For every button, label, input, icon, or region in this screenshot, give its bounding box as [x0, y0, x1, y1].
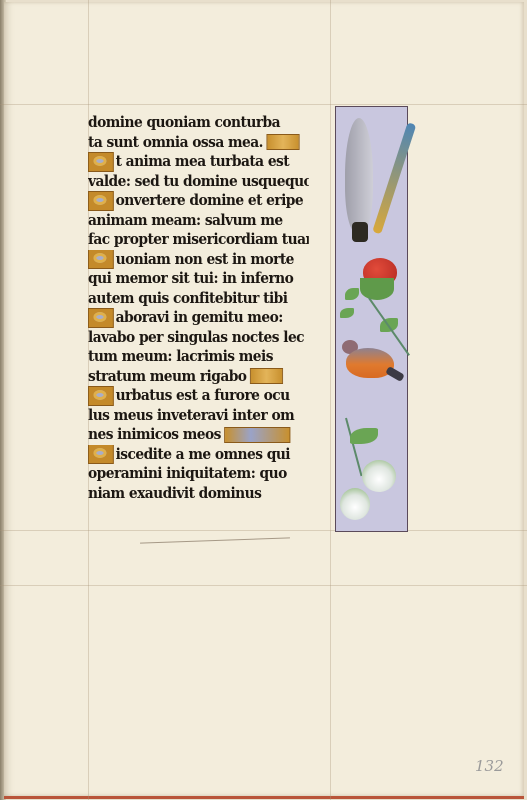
text-line: urbatus est a furore ocu: [88, 386, 309, 406]
dragonfly-thorax-icon: [352, 222, 368, 242]
ruling-line-right: [330, 0, 331, 800]
text-line-content: iscedite a me omnes qui: [116, 445, 290, 465]
text-line-content: nes inimicos meos: [88, 425, 221, 445]
text-line: iscedite a me omnes qui: [88, 445, 309, 465]
text-line-content: operamini iniquitatem: quo: [88, 464, 287, 484]
text-line: aboravi in gemitu meo:: [88, 308, 309, 328]
text-line: qui memor sit tui: in inferno: [88, 269, 309, 289]
text-line-content: lavabo per singulas noctes lec: [88, 328, 304, 348]
text-line-content: domine quoniam conturba: [88, 113, 280, 133]
text-line-content: urbatus est a furore ocu: [116, 386, 290, 406]
line-filler-ornament: [267, 134, 300, 150]
illuminated-initial-icon: [88, 191, 114, 211]
text-line-content: valde: sed tu domine usquequo: [88, 172, 309, 192]
text-line-content: qui memor sit tui: in inferno: [88, 269, 293, 289]
text-line: animam meam: salvum me: [88, 211, 309, 231]
folio-number: 132: [475, 757, 504, 775]
text-line-content: aboravi in gemitu meo:: [116, 308, 283, 328]
illuminated-initial-icon: [88, 308, 114, 328]
text-line-content: autem quis confitebitur tibi: [88, 289, 287, 309]
text-line-content: lus meus inveteravi inter om: [88, 406, 294, 426]
text-column: domine quoniam conturbata sunt omnia oss…: [88, 113, 328, 503]
text-line: t anima mea turbata est: [88, 152, 309, 172]
text-line: ta sunt omnia ossa mea.: [88, 133, 309, 153]
text-line: operamini iniquitatem: quo: [88, 464, 309, 484]
text-line: niam exaudivit dominus: [88, 484, 309, 504]
text-line: lavabo per singulas noctes lec: [88, 328, 309, 348]
text-line-content: stratum meum rigabo: [88, 367, 246, 387]
text-line-content: tum meum: lacrimis meis: [88, 347, 273, 367]
line-filler-ornament: [250, 368, 283, 384]
text-line: autem quis confitebitur tibi: [88, 289, 309, 309]
white-flower-icon: [362, 460, 396, 492]
text-line: fac propter misericordiam tuam: [88, 230, 309, 250]
line-filler-ornament: [225, 427, 291, 443]
text-line-content: animam meam: salvum me: [88, 211, 283, 231]
ruling-line-lower: [0, 585, 527, 586]
text-line: lus meus inveteravi inter om: [88, 406, 309, 426]
illuminated-initial-icon: [88, 386, 114, 406]
text-line-content: uoniam non est in morte: [116, 250, 294, 270]
text-line: tum meum: lacrimis meis: [88, 347, 309, 367]
text-line-content: t anima mea turbata est: [116, 152, 289, 172]
text-line-content: ta sunt omnia ossa mea.: [88, 133, 263, 153]
ruling-line-top: [0, 104, 527, 105]
illuminated-initial-icon: [88, 445, 114, 465]
text-line: valde: sed tu domine usquequo: [88, 172, 309, 192]
white-flower-icon: [340, 488, 370, 520]
text-line: domine quoniam conturba: [88, 113, 309, 133]
illuminated-initial-icon: [88, 152, 114, 172]
text-line-content: niam exaudivit dominus: [88, 484, 261, 504]
rose-calyx-icon: [360, 278, 394, 300]
text-line-content: onvertere domine et eripe: [116, 191, 304, 211]
dragonfly-wing-icon: [345, 118, 373, 233]
text-line: nes inimicos meos: [88, 425, 309, 445]
text-line: stratum meum rigabo: [88, 367, 309, 387]
text-line-content: fac propter misericordiam tuam: [88, 230, 309, 250]
illuminated-initial-icon: [88, 250, 114, 270]
text-line: uoniam non est in morte: [88, 250, 309, 270]
ruling-line-bottom: [0, 530, 527, 531]
text-line: onvertere domine et eripe: [88, 191, 309, 211]
